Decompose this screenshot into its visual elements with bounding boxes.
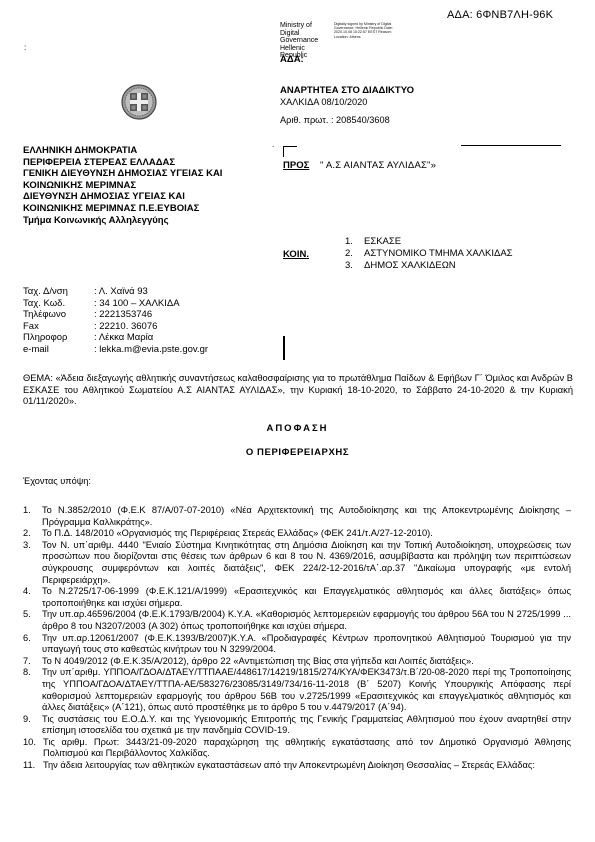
cc-label: ΚΟΙΝ. (283, 249, 309, 260)
authority-line: ΠΕΡΙΦΕΡΕΙΑ ΣΤΕΡΕΑΣ ΕΛΛΑΔΑΣ (23, 157, 222, 169)
ada-code: ΑΔΑ: 6ΦΝΒ7ΛΗ-96Κ (447, 10, 553, 21)
email-link[interactable]: : lekka.m@evia.pste.gov.gr (94, 344, 208, 355)
contact-row: Ταχ. Δ/νση: Λ. Χαϊνά 93 (23, 286, 208, 298)
contact-row: e-mail: lekka.m@evia.pste.gov.gr (23, 344, 208, 356)
left-colon: : (24, 42, 26, 53)
issuing-authority: ΕΛΛΗΝΙΚΗ ΔΗΜΟΚΡΑΤΙΑ ΠΕΡΙΦΕΡΕΙΑ ΣΤΕΡΕΑΣ Ε… (23, 145, 222, 226)
cc-item: 2.ΑΣΤΥΝΟΜΙΚΟ ΤΜΗΜΑ ΧΑΛΚΙΔΑΣ (345, 248, 513, 260)
signature-detail: Digitally signed by Ministry of Digital … (334, 22, 394, 39)
authority-line: Τμήμα Κοινωνικής Αλληλεγγύης (23, 215, 222, 227)
vertical-rule (283, 336, 285, 360)
reference-item: 10.Τις αριθμ. Πρωτ: 3443/21-09-2020 παρα… (23, 737, 571, 760)
authority-line: ΚΟΙΝΩΝΙΚΗΣ ΜΕΡΙΜΝΑΣ (23, 180, 222, 192)
contact-details: Ταχ. Δ/νση: Λ. Χαϊνά 93 Ταχ. Κωδ.: 34 10… (23, 286, 208, 355)
separator-dot: . (272, 139, 274, 150)
reference-item: 2.Το Π.Δ. 148/2010 «Οργανισμός της Περιφ… (23, 528, 571, 540)
posting-date: ΧΑΛΚΙΔΑ 08/10/2020 (280, 97, 367, 108)
authority-line: ΓΕΝΙΚΗ ΔΙΕΥΘΥΝΣΗ ΔΗΜΟΣΙΑΣ ΥΓΕΙΑΣ ΚΑΙ (23, 168, 222, 180)
reference-item: 6.Την υπ.αρ.12061/2007 (Φ.Ε.Κ.1393/Β/200… (23, 633, 571, 656)
reference-item: 11.Την άδεια λειτουργίας των αθλητικών ε… (23, 760, 571, 772)
contact-row: Fax: 22210. 36076 (23, 321, 208, 333)
recipient-value: " Α.Σ ΑΙΑΝΤΑΣ ΑΥΛΙΔΑΣ"» (320, 160, 436, 171)
authority-line: ΕΛΛΗΝΙΚΗ ΔΗΜΟΚΡΑΤΙΑ (23, 145, 222, 157)
recipient-label: ΠΡΟΣ (283, 160, 309, 171)
reference-item: 9.Τις συστάσεις του Ε.Ο.Δ.Υ. και της Υγε… (23, 714, 571, 737)
authority-line: ΔΙΕΥΘΥΝΣΗ ΔΗΜΟΣΙΑΣ ΥΓΕΙΑΣ ΚΑΙ (23, 191, 222, 203)
recipient-bracket-right (461, 145, 561, 146)
contact-row: Ταχ. Κωδ.: 34 100 – ΧΑΛΚΙΔΑ (23, 298, 208, 310)
subject: ΘΕΜΑ: «Άδεια διεξαγωγής αθλητικής συναντ… (23, 373, 573, 408)
contact-row: Πληροφορ: Λέκκα Μαρία (23, 332, 208, 344)
cc-item: 1.ΕΣΚΑΣΕ (345, 236, 513, 248)
reference-item: 8.Την υπ΄αριθμ. ΥΠΠΟΑ/ΓΔΟΑ/ΔΤΑΕΥ/ΤΤΠΑΑΕ/… (23, 667, 571, 713)
cc-item: 3.ΔΗΜΟΣ ΧΑΛΚΙΔΕΩΝ (345, 260, 513, 272)
recipient-bracket-left (283, 146, 297, 157)
posting-title: ΑΝΑΡΤΗΤΕΑ ΣΤΟ ΔΙΑΔΙΚΤΥΟ (280, 85, 414, 96)
signature-line: Ministry of Digital (280, 22, 312, 37)
contact-row: Τηλέφωνο: 2221353746 (23, 309, 208, 321)
reference-item: 7.Το Ν 4049/2012 (Φ.Ε.Κ.35/Α/2012), άρθρ… (23, 656, 571, 668)
greek-emblem-icon (120, 83, 158, 121)
authority-line: ΚΟΙΝΩΝΙΚΗΣ ΜΕΡΙΜΝΑΣ Π.Ε.ΕΥΒΟΙΑΣ (23, 203, 222, 215)
reference-item: 5.Την υπ.αρ.46596/2004 (Φ.Ε.Κ.1793/Β/200… (23, 609, 571, 632)
signature-line: Governance (280, 37, 318, 44)
official-title: Ο ΠΕΡΙΦΕΡΕΙΑΡΧΗΣ (0, 447, 595, 458)
decision-title: ΑΠΟΦΑΣΗ (0, 423, 595, 434)
reference-item: 1.Το Ν.3852/2010 (Φ.Ε.Κ 87/Α/07-07-2010)… (23, 505, 571, 528)
references-list: 1.Το Ν.3852/2010 (Φ.Ε.Κ 87/Α/07-07-2010)… (23, 505, 571, 772)
considering-heading: Έχοντας υπόψη: (23, 476, 91, 487)
reference-item: 4.Το Ν.2725/17-06-1999 (Φ.Ε.Κ.121/Α/1999… (23, 586, 571, 609)
reference-item: 3.Τον Ν. υπ΄αριθμ. 4440 "Ενιαίο Σύστημα … (23, 540, 571, 586)
ada-label: ΑΔΑ: (280, 54, 304, 65)
protocol-number: Αριθ. πρωτ. : 208540/3608 (280, 115, 390, 126)
cc-list: 1.ΕΣΚΑΣΕ 2.ΑΣΤΥΝΟΜΙΚΟ ΤΜΗΜΑ ΧΑΛΚΙΔΑΣ 3.Δ… (345, 236, 513, 272)
